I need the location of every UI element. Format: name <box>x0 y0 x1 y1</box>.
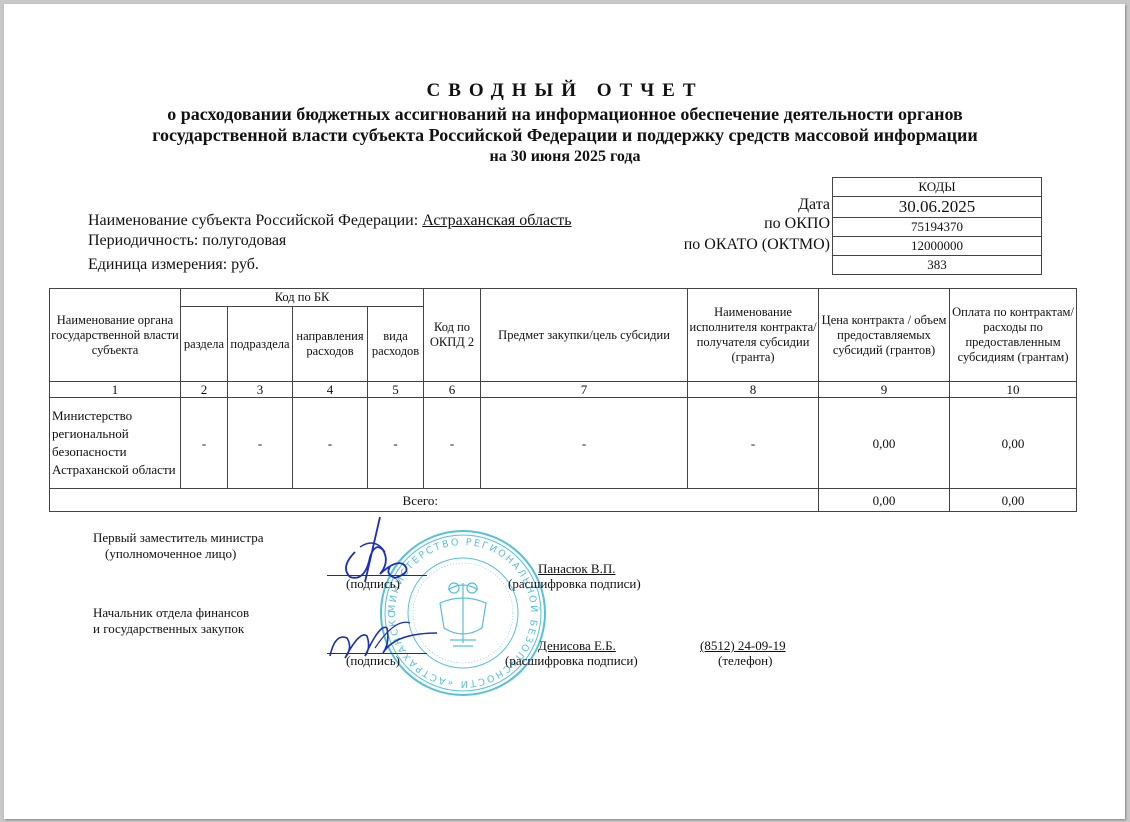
unit: Единица измерения: руб. <box>88 256 259 274</box>
cell-payment: 0,00 <box>950 398 1077 489</box>
header-executor: Наименование исполнителя контракта/получ… <box>688 289 819 382</box>
signer-1-position: Первый заместитель министра (уполномочен… <box>93 530 263 562</box>
report-table: Наименование органа государственной влас… <box>49 288 1077 512</box>
total-payment: 0,00 <box>950 489 1077 512</box>
header-napravlenie: направления расходов <box>293 307 368 382</box>
report-subtitle: о расходовании бюджетных ассигнований на… <box>0 104 1130 167</box>
col-num: 10 <box>950 382 1077 398</box>
header-okpd: Код по ОКПД 2 <box>424 289 481 382</box>
signer-2-name-caption: (расшифровка подписи) <box>505 653 638 669</box>
cell-executor: - <box>688 398 819 489</box>
header-price: Цена контракта / объем предоставляемых с… <box>819 289 950 382</box>
col-num: 2 <box>181 382 228 398</box>
code-date-value: 30.06.2025 <box>833 197 1042 218</box>
signature-2-icon <box>325 608 440 663</box>
header-org: Наименование органа государственной влас… <box>50 289 181 382</box>
col-num: 5 <box>368 382 424 398</box>
code-label-okato: по ОКАТО (ОКТМО) <box>684 236 830 254</box>
column-numbers-row: 1 2 3 4 5 6 7 8 9 10 <box>50 382 1077 398</box>
code-label-date: Дата <box>798 196 830 214</box>
signer-2-position: Начальник отдела финансов и государствен… <box>93 605 249 637</box>
periodicity: Периодичность: полугодовая <box>88 232 286 250</box>
subject-line: Наименование субъекта Российской Федерац… <box>88 212 572 230</box>
header-bk-group: Код по БК <box>181 289 424 307</box>
col-num: 9 <box>819 382 950 398</box>
col-num: 4 <box>293 382 368 398</box>
code-unit-value: 383 <box>833 256 1042 275</box>
code-okato-value: 12000000 <box>833 237 1042 256</box>
header-payment: Оплата по контрактам/ расходы по предост… <box>950 289 1077 382</box>
signer-2-phone: (8512) 24-09-19 <box>700 638 786 654</box>
cell-podrazdel: - <box>228 398 293 489</box>
col-num: 3 <box>228 382 293 398</box>
total-row: Всего: 0,00 0,00 <box>50 489 1077 512</box>
total-price: 0,00 <box>819 489 950 512</box>
signer-1-name: Панасюк В.П. <box>538 561 616 577</box>
code-okpo-value: 75194370 <box>833 218 1042 237</box>
header-podrazdel: подраздела <box>228 307 293 382</box>
cell-okpd: - <box>424 398 481 489</box>
report-date-line: на 30 июня 2025 года <box>0 146 1130 167</box>
header-subject: Предмет закупки/цель субсидии <box>481 289 688 382</box>
col-num: 7 <box>481 382 688 398</box>
code-label-okpo: по ОКПО <box>764 215 830 233</box>
report-title: СВОДНЫЙ ОТЧЕТ <box>0 80 1130 102</box>
col-num: 8 <box>688 382 819 398</box>
total-label: Всего: <box>50 489 819 512</box>
cell-razdel: - <box>181 398 228 489</box>
subject-label: Наименование субъекта Российской Федерац… <box>88 212 418 229</box>
signer-1-name-caption: (расшифровка подписи) <box>508 576 641 592</box>
cell-subject: - <box>481 398 688 489</box>
cell-napravlenie: - <box>293 398 368 489</box>
codes-header: КОДЫ <box>833 178 1042 197</box>
signer-2-phone-caption: (телефон) <box>718 653 772 669</box>
table-row: Министерство региональной безопасности А… <box>50 398 1077 489</box>
codes-table: КОДЫ 30.06.2025 75194370 12000000 383 <box>832 177 1042 275</box>
header-vid: вида расходов <box>368 307 424 382</box>
subtitle-line-1: о расходовании бюджетных ассигнований на… <box>0 104 1130 125</box>
header-razdel: раздела <box>181 307 228 382</box>
subject-value: Астраханская область <box>422 212 571 229</box>
cell-price: 0,00 <box>819 398 950 489</box>
col-num: 1 <box>50 382 181 398</box>
signer-2-name: Денисова Е.Б. <box>538 638 616 654</box>
col-num: 6 <box>424 382 481 398</box>
cell-org: Министерство региональной безопасности А… <box>50 398 181 489</box>
subtitle-line-2: государственной власти субъекта Российск… <box>0 125 1130 146</box>
cell-vid: - <box>368 398 424 489</box>
signature-1-icon <box>335 512 425 592</box>
